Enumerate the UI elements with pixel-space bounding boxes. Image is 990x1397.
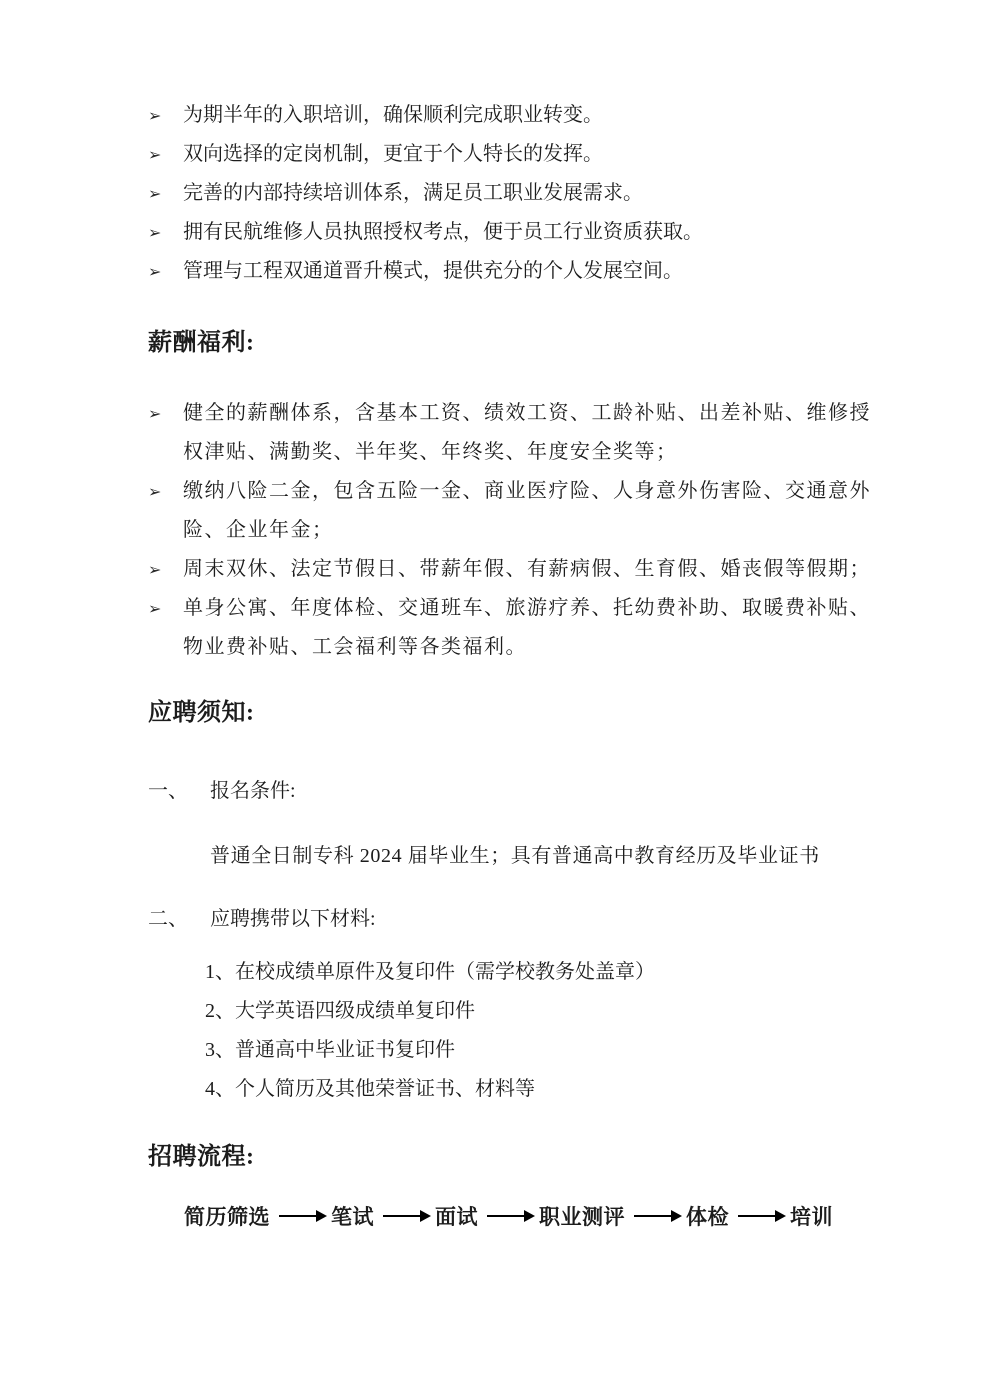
arrow-bullet-icon: ➢ xyxy=(148,174,183,213)
application-notes-heading: 应聘须知: xyxy=(148,697,890,730)
flow-step-physical-exam: 体检 xyxy=(686,1201,729,1231)
recruitment-flow-diagram: 简历筛选 笔试 面试 职业测评 体检 培训 xyxy=(184,1196,890,1235)
arrow-bullet-icon: ➢ xyxy=(148,472,183,511)
list-item: 2、大学英语四级成绩单复印件 xyxy=(205,992,890,1031)
bullet-text: 管理与工程双通道晋升模式，提供充分的个人发展空间。 xyxy=(183,260,683,282)
list-item: ➢ 管理与工程双通道晋升模式，提供充分的个人发展空间。 xyxy=(148,252,890,291)
flow-arrow-icon xyxy=(738,1215,776,1217)
flow-step-written-test: 笔试 xyxy=(331,1201,374,1231)
arrow-bullet-icon: ➢ xyxy=(148,394,183,433)
bullet-text: 健全的薪酬体系，含基本工资、绩效工资、工龄补贴、出差补贴、维修授权津贴、满勤奖、… xyxy=(183,402,871,463)
bullet-text: 为期半年的入职培训，确保顺利完成职业转变。 xyxy=(183,104,603,126)
list-item: ➢ 为期半年的入职培训，确保顺利完成职业转变。 xyxy=(148,96,890,135)
flow-step-interview: 面试 xyxy=(435,1201,478,1231)
list-item: ➢ 周末双休、法定节假日、带薪年假、有薪病假、生育假、婚丧假等假期； xyxy=(148,550,890,589)
item-title: 报名条件: xyxy=(210,780,296,802)
arrow-bullet-icon: ➢ xyxy=(148,589,183,628)
bullet-text: 拥有民航维修人员执照授权考点，便于员工行业资质获取。 xyxy=(183,221,703,243)
material-text: 在校成绩单原件及复印件（需学校教务处盖章） xyxy=(235,961,655,983)
flow-step-resume-screening: 简历筛选 xyxy=(184,1201,270,1231)
arrow-bullet-icon: ➢ xyxy=(148,252,183,291)
list-item: ➢ 缴纳八险二金，包含五险一金、商业医疗险、人身意外伤害险、交通意外险、企业年金… xyxy=(148,472,890,550)
item-title: 应聘携带以下材料: xyxy=(210,908,376,930)
material-text: 大学英语四级成绩单复印件 xyxy=(235,1000,475,1022)
material-number: 4、 xyxy=(205,1078,235,1100)
bullet-text: 周末双休、法定节假日、带薪年假、有薪病假、生育假、婚丧假等假期； xyxy=(183,558,871,580)
material-number: 3、 xyxy=(205,1039,235,1061)
list-item: ➢ 完善的内部持续培训体系，满足员工职业发展需求。 xyxy=(148,174,890,213)
material-number: 1、 xyxy=(205,961,235,983)
bullet-text: 双向选择的定岗机制，更宜于个人特长的发挥。 xyxy=(183,143,603,165)
list-item: ➢ 健全的薪酬体系，含基本工资、绩效工资、工龄补贴、出差补贴、维修授权津贴、满勤… xyxy=(148,394,890,472)
benefits-bullet-list: ➢ 健全的薪酬体系，含基本工资、绩效工资、工龄补贴、出差补贴、维修授权津贴、满勤… xyxy=(148,394,890,667)
arrow-bullet-icon: ➢ xyxy=(148,135,183,174)
arrow-bullet-icon: ➢ xyxy=(148,213,183,252)
intro-bullet-list: ➢ 为期半年的入职培训，确保顺利完成职业转变。 ➢ 双向选择的定岗机制，更宜于个… xyxy=(148,96,890,291)
flow-step-training: 培训 xyxy=(790,1201,833,1231)
list-item: 1、在校成绩单原件及复印件（需学校教务处盖章） xyxy=(205,953,890,992)
material-text: 普通高中毕业证书复印件 xyxy=(235,1039,455,1061)
notes-item-one: 一、报名条件: xyxy=(148,772,890,811)
list-item: ➢ 单身公寓、年度体检、交通班车、旅游疗养、托幼费补助、取暖费补贴、物业费补贴、… xyxy=(148,589,890,667)
item-number: 一、 xyxy=(148,772,210,811)
bullet-text: 单身公寓、年度体检、交通班车、旅游疗养、托幼费补助、取暖费补贴、物业费补贴、工会… xyxy=(183,597,871,658)
flow-arrow-icon xyxy=(383,1215,421,1217)
benefits-heading: 薪酬福利: xyxy=(148,327,890,360)
materials-list: 1、在校成绩单原件及复印件（需学校教务处盖章） 2、大学英语四级成绩单复印件 3… xyxy=(205,953,890,1109)
flow-arrow-icon xyxy=(279,1215,317,1217)
recruitment-process-heading: 招聘流程: xyxy=(148,1141,890,1174)
item-number: 二、 xyxy=(148,900,210,939)
list-item: ➢ 双向选择的定岗机制，更宜于个人特长的发挥。 xyxy=(148,135,890,174)
document-page: ➢ 为期半年的入职培训，确保顺利完成职业转变。 ➢ 双向选择的定岗机制，更宜于个… xyxy=(0,0,990,1397)
bullet-text: 完善的内部持续培训体系，满足员工职业发展需求。 xyxy=(183,182,643,204)
list-item: ➢ 拥有民航维修人员执照授权考点，便于员工行业资质获取。 xyxy=(148,213,890,252)
list-item: 4、个人简历及其他荣誉证书、材料等 xyxy=(205,1070,890,1109)
arrow-bullet-icon: ➢ xyxy=(148,96,183,135)
material-text: 个人简历及其他荣誉证书、材料等 xyxy=(235,1078,535,1100)
list-item: 3、普通高中毕业证书复印件 xyxy=(205,1031,890,1070)
notes-item-two: 二、应聘携带以下材料: xyxy=(148,900,890,939)
flow-arrow-icon xyxy=(634,1215,672,1217)
flow-step-career-assessment: 职业测评 xyxy=(539,1201,625,1231)
bullet-text: 缴纳八险二金，包含五险一金、商业医疗险、人身意外伤害险、交通意外险、企业年金； xyxy=(183,480,871,541)
arrow-bullet-icon: ➢ xyxy=(148,550,183,589)
material-number: 2、 xyxy=(205,1000,235,1022)
eligibility-text: 普通全日制专科 2024 届毕业生；具有普通高中教育经历及毕业证书 xyxy=(210,837,890,876)
flow-arrow-icon xyxy=(487,1215,525,1217)
